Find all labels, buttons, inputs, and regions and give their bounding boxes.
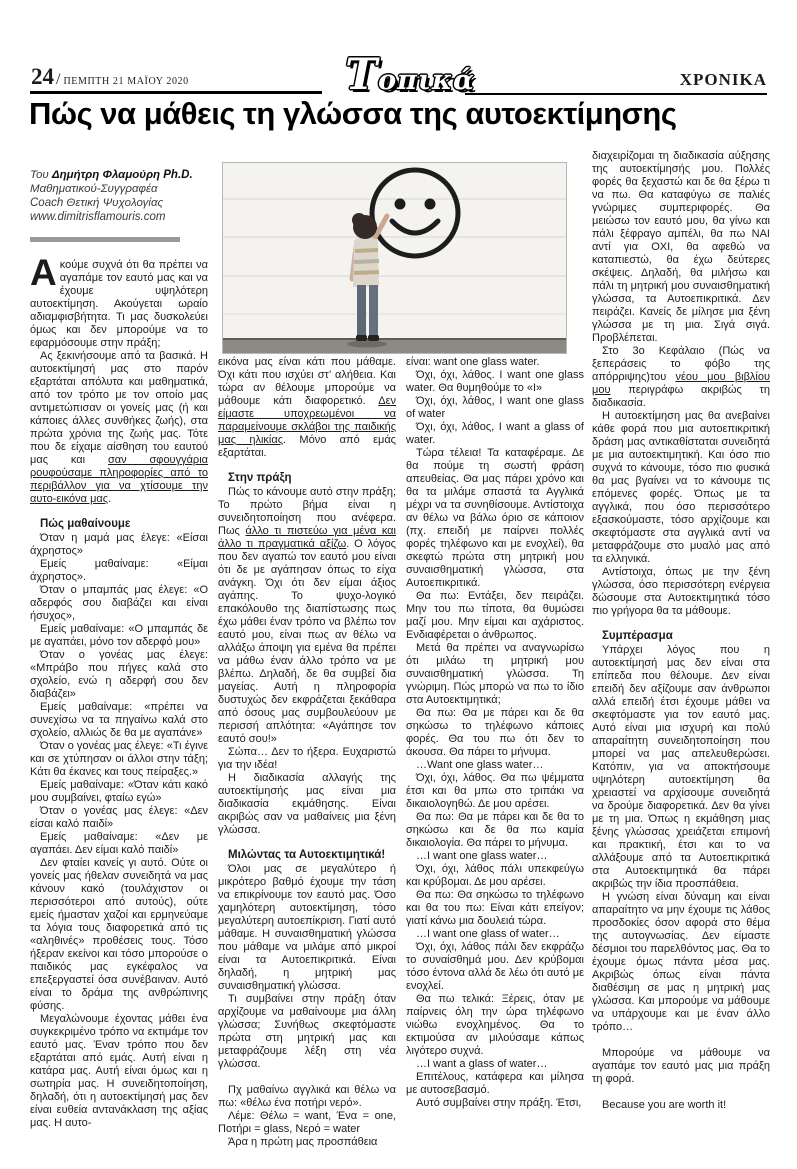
article-paragraph: Ας ξεκινήσουμε από τα βασικά. Η αυτοεκτί… (30, 350, 208, 506)
article-paragraph: Εμείς μαθαίναμε: «Όταν κάτι κακό μου συμ… (30, 779, 208, 805)
article-paragraph: Εμείς μαθαίναμε: «πρέπει να συνεχίσω να … (30, 701, 208, 740)
article-column-4: διαχειρίζομαι τη διαδικασία αύξησης της … (592, 150, 770, 1112)
article-column-3: είναι: want one glass water.Όχι, όχι, λά… (406, 356, 584, 1110)
article-paragraph: Στο 3ο Κεφάλαιο (Πώς να ξεπεράσεις το φό… (592, 345, 770, 410)
section-subheading: Στην πράξη (218, 472, 396, 485)
article-title: Πώς να μάθεις τη γλώσσα της αυτοεκτίμηση… (29, 96, 774, 132)
section-subheading: Μιλώντας τα Αυτοεκτιμητικά! (218, 849, 396, 862)
article-paragraph: εικόνα μας είναι κάτι που μάθαμε. Όχι κά… (218, 356, 396, 460)
ground (223, 339, 566, 353)
section-subheading: Συμπέρασμα (592, 630, 770, 643)
article-paragraph: Όχι, όχι, λάθος, I want one glass of wat… (406, 395, 584, 421)
article-paragraph: Ακούμε συχνά ότι θα πρέπει να αγαπάμε το… (30, 259, 208, 350)
photo-illustration (223, 163, 566, 353)
article-paragraph: Όταν ο γονέας μας έλεγε: «Δεν είσαι καλό… (30, 805, 208, 831)
header-rule-left (30, 91, 322, 94)
article-paragraph: Εμείς μαθαίναμε: «Ο μπαμπάς δε με αγαπάε… (30, 623, 208, 649)
article-paragraph: Πχ μαθαίνω αγγλικά και θέλω να πω: «θέλω… (218, 1084, 396, 1110)
article-paragraph: Όχι, όχι, λάθος πάλι δεν εκφράζω το συνα… (406, 941, 584, 993)
byline-role: Μαθηματικού-Συγγραφέα (30, 182, 208, 196)
article-paragraph: Τώρα τέλεια! Τα καταφέραμε. Δε θα πούμε … (406, 447, 584, 590)
article-paragraph: Θα πω: Θα σηκώσω το τηλέφωνο και θα του … (406, 889, 584, 928)
article-paragraph: Επιτέλους, κατάφερα και μίλησα με αυτοσε… (406, 1071, 584, 1097)
article-paragraph: Σώπα… Δεν το ήξερα. Ευχαριστώ για την ιδ… (218, 746, 396, 772)
byline-author-name: Δημήτρη Φλαμούρη Ph.D. (52, 169, 193, 181)
newspaper-name: ΧΡΟΝΙΚΑ (680, 70, 767, 90)
article-paragraph: Θα πω: Θα με πάρει και δε θα σηκώσω το τ… (406, 707, 584, 759)
article-paragraph: …I want one glass water… (406, 850, 584, 863)
article-paragraph: Η αυτοεκτίμηση μας θα ανεβαίνει κάθε φορ… (592, 410, 770, 566)
article-paragraph: Because you are worth it! (592, 1099, 770, 1112)
article-paragraph: Πώς το κάνουμε αυτό στην πράξη; Το πρώτο… (218, 486, 396, 746)
byline-role: Coach Θετική Ψυχολογίας (30, 196, 208, 210)
article-paragraph: Υπάρχει λόγος που η αυτοεκτίμησή μας δεν… (592, 644, 770, 891)
article-paragraph: Άρα η πρώτη μας προσπάθεια (218, 1136, 396, 1149)
wall-background (223, 163, 566, 353)
article-paragraph: …I want a glass of water… (406, 1058, 584, 1071)
article-paragraph: Εμείς μαθαίναμε: «Δεν με αγαπάει. Δεν εί… (30, 831, 208, 857)
drop-cap: Α (30, 259, 60, 286)
article-column-1: Του Δημήτρη Φλαμούρη Ph.D. Μαθηματικού-Σ… (30, 168, 208, 1130)
article-paragraph: Αυτό συμβαίνει στην πράξη. Έτσι, (406, 1097, 584, 1110)
article-paragraph: Όχι, όχι, λάθος. I want one glass water.… (406, 369, 584, 395)
article-photo (222, 162, 567, 354)
article-paragraph: Λέμε: Θέλω = want, Ένα = one, Ποτήρι = g… (218, 1110, 396, 1136)
article-paragraph: Η διαδικασία αλλαγής της αυτοεκτίμησής μ… (218, 772, 396, 837)
article-paragraph: Αντίστοιχα, όπως με την ξένη γλώσσα, όσο… (592, 566, 770, 618)
article-column-2: εικόνα μας είναι κάτι που μάθαμε. Όχι κά… (218, 356, 396, 1149)
page-number: 24 (31, 64, 54, 89)
article-paragraph: Όταν ο γονέας μας έλεγε: «Μπράβο που πήγ… (30, 649, 208, 701)
article-paragraph: διαχειρίζομαι τη διαδικασία αύξησης της … (592, 150, 770, 345)
byline: Του Δημήτρη Φλαμούρη Ph.D. Μαθηματικού-Σ… (30, 168, 208, 224)
article-paragraph: Θα πω: Εντάξει, δεν πειράζει. Μην του πω… (406, 590, 584, 642)
article-paragraph: Μεγαλώνουμε έχοντας μάθει ένα συγκεκριμέ… (30, 1013, 208, 1130)
article-paragraph: …Want one glass water… (406, 759, 584, 772)
article-paragraph: Μετά θα πρέπει να αναγνωρίσω ότι μιλάω τ… (406, 642, 584, 707)
page-date: ΠΕΜΠΤΗ 21 ΜΑΪΟΥ 2020 (63, 76, 188, 87)
header-separator: / (56, 71, 60, 88)
article-paragraph: Όχι, όχι, λάθος πάλι υπεκφεύγω και κρύβο… (406, 863, 584, 889)
article-paragraph: Όταν ο γονέας μας έλεγε: «Τι έγινε και σ… (30, 740, 208, 779)
article-paragraph: Τι συμβαίνει στην πράξη όταν αρχίζουμε ν… (218, 993, 396, 1071)
article-paragraph: Θα πω: Θα με πάρει και δε θα το σηκώσω κ… (406, 811, 584, 850)
article-paragraph: Όλοι μας σε μεγαλύτερο ή μικρότερο βαθμό… (218, 863, 396, 993)
page-header-left: 24/ΠΕΜΠΤΗ 21 ΜΑΪΟΥ 2020 (31, 64, 189, 90)
article-paragraph: Θα πω τελικά: Ξέρεις, όταν με παίρνεις ό… (406, 993, 584, 1058)
article-paragraph: Δεν φταίει κανείς γι αυτό. Ούτε οι γονεί… (30, 857, 208, 1013)
article-paragraph: Η γνώση είναι δύναμη και είναι απαραίτητ… (592, 891, 770, 1034)
newspaper-page: 24/ΠΕΜΠΤΗ 21 ΜΑΪΟΥ 2020 Τοπικά ΧΡΟΝΙΚΑ Π… (0, 0, 797, 1169)
article-paragraph: Όταν ο μπαμπάς μας έλεγε: «Ο αδερφός σου… (30, 584, 208, 623)
article-paragraph: Όταν η μαμά μας έλεγε: «Είσαι άχρηστος» (30, 532, 208, 558)
header-rule-right (465, 93, 767, 95)
byline-author-line: Του Δημήτρη Φλαμούρη Ph.D. (30, 168, 208, 182)
byline-prefix: Του (30, 169, 52, 181)
article-paragraph: είναι: want one glass water. (406, 356, 584, 369)
article-paragraph: Μπορούμε να μάθουμε να αγαπάμε τον εαυτό… (592, 1047, 770, 1086)
article-paragraph: Όχι, όχι, λάθος, I want a glass of water… (406, 421, 584, 447)
article-paragraph: …I want one glass of water… (406, 928, 584, 941)
article-paragraph: Εμείς μαθαίναμε: «Είμαι άχρηστος». (30, 558, 208, 584)
article-paragraph: Όχι, όχι, λάθος. Θα πω ψέμματα έτσι και … (406, 772, 584, 811)
byline-divider (30, 237, 180, 242)
byline-website: www.dimitrisflamouris.com (30, 210, 208, 224)
section-subheading: Πώς μαθαίνουμε (30, 518, 208, 531)
